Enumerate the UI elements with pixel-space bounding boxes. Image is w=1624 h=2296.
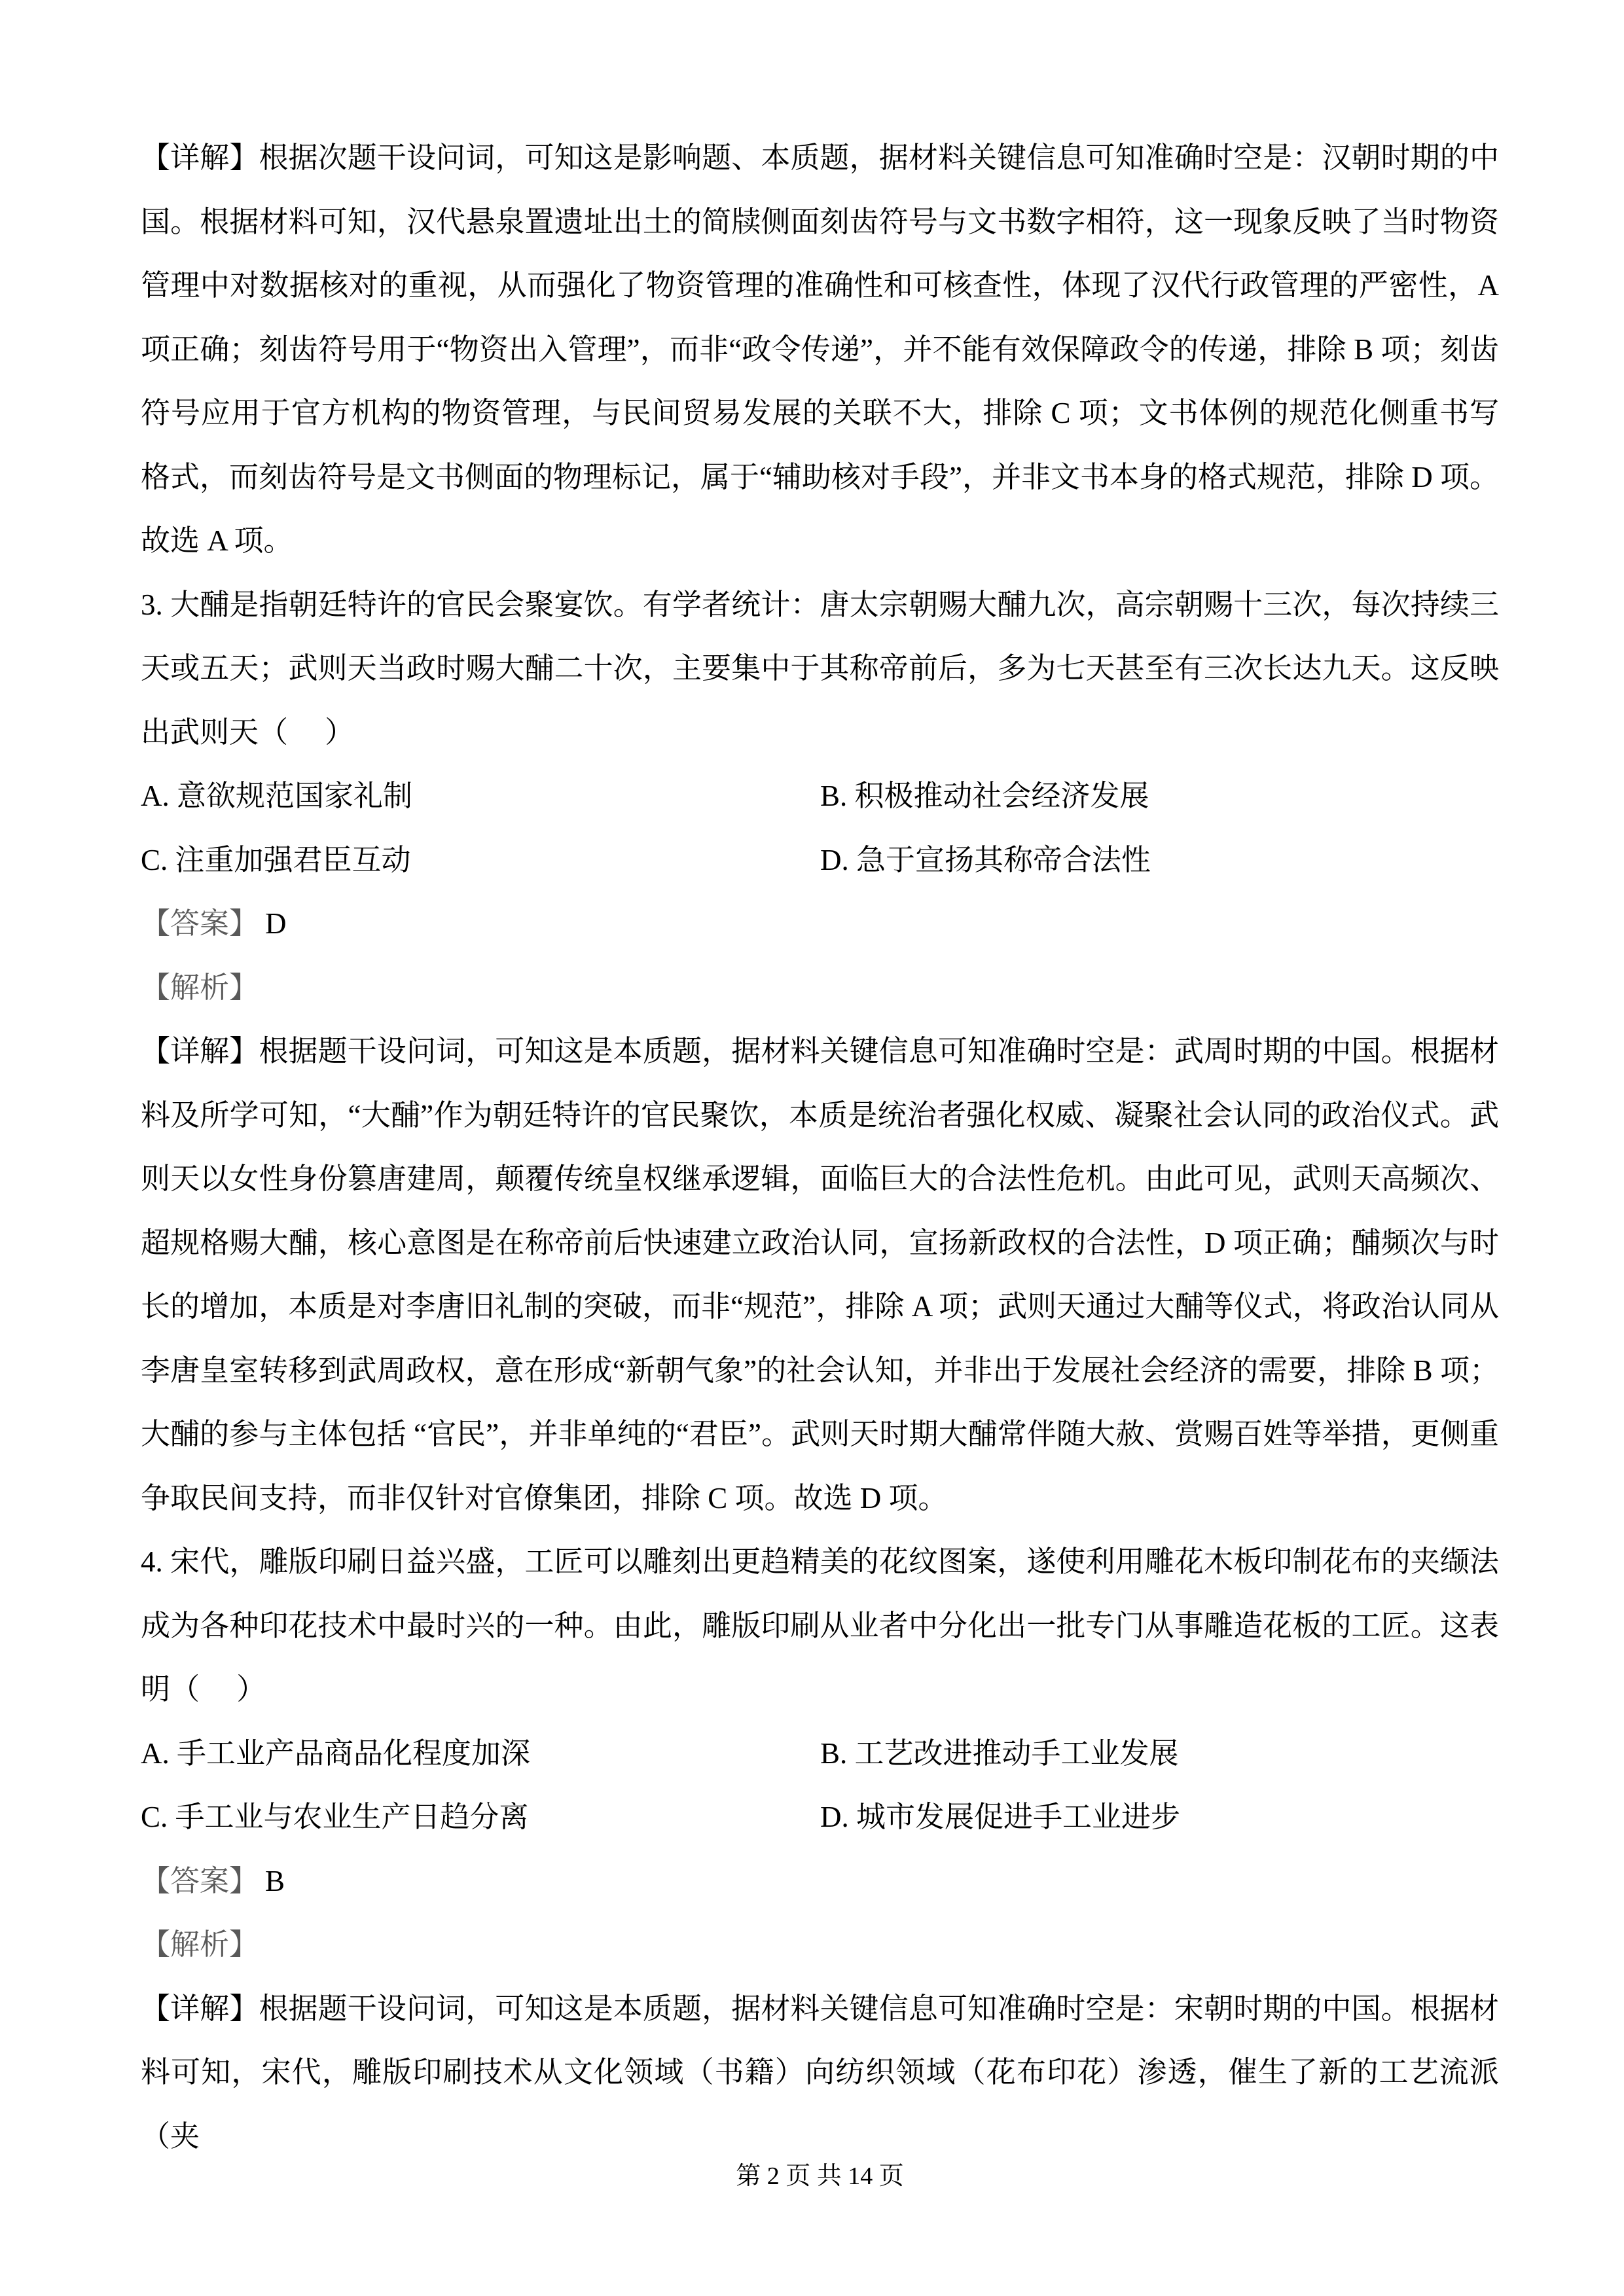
q2-detail-paragraph: 【详解】根据次题干设问词，可知这是影响题、本质题，据材料关键信息可知准确时空是：… [141, 126, 1499, 573]
q4-options-row-cd: C. 手工业与农业生产日趋分离 D. 城市发展促进手工业进步 [141, 1785, 1499, 1850]
q4-option-a: A. 手工业产品商品化程度加深 [141, 1722, 820, 1786]
q3-answer-row: 【答案】D [141, 892, 1499, 956]
q3-analysis-row: 【解析】 [141, 956, 1499, 1020]
q4-answer-value: B [265, 1865, 285, 1897]
page-footer: 第 2 页 共 14 页 [141, 2160, 1499, 2193]
page-content: 【详解】根据次题干设问词，可知这是影响题、本质题，据材料关键信息可知准确时空是：… [141, 126, 1499, 2168]
q3-option-c: C. 注重加强君臣互动 [141, 829, 820, 893]
q4-option-d: D. 城市发展促进手工业进步 [820, 1785, 1180, 1850]
q3-answer-value: D [265, 907, 287, 940]
q3-option-d: D. 急于宣扬其称帝合法性 [820, 829, 1151, 893]
q4-analysis-row: 【解析】 [141, 1913, 1499, 1977]
document-page: 【详解】根据次题干设问词，可知这是影响题、本质题，据材料关键信息可知准确时空是：… [0, 0, 1624, 2296]
q4-stem: 4. 宋代，雕版印刷日益兴盛，工匠可以雕刻出更趋精美的花纹图案，遂使利用雕花木板… [141, 1530, 1499, 1722]
q4-analysis-label: 【解析】 [141, 1928, 259, 1961]
q4-options-row-ab: A. 手工业产品商品化程度加深 B. 工艺改进推动手工业发展 [141, 1722, 1499, 1786]
q3-options-row-cd: C. 注重加强君臣互动 D. 急于宣扬其称帝合法性 [141, 829, 1499, 893]
q4-option-c: C. 手工业与农业生产日趋分离 [141, 1785, 820, 1850]
q4-option-b: B. 工艺改进推动手工业发展 [820, 1722, 1179, 1786]
q3-analysis-label: 【解析】 [141, 971, 259, 1004]
q3-option-a: A. 意欲规范国家礼制 [141, 764, 820, 829]
q3-answer-label: 【答案】 [141, 907, 259, 940]
q4-answer-label: 【答案】 [141, 1865, 259, 1897]
q4-detail-paragraph: 【详解】根据题干设问词，可知这是本质题，据材料关键信息可知准确时空是：宋朝时期的… [141, 1977, 1499, 2169]
q3-stem: 3. 大酺是指朝廷特许的官民会聚宴饮。有学者统计：唐太宗朝赐大酺九次，高宗朝赐十… [141, 573, 1499, 765]
q3-options-row-ab: A. 意欲规范国家礼制 B. 积极推动社会经济发展 [141, 764, 1499, 829]
q3-detail-paragraph: 【详解】根据题干设问词，可知这是本质题，据材料关键信息可知准确时空是：武周时期的… [141, 1020, 1499, 1530]
q3-option-b: B. 积极推动社会经济发展 [820, 764, 1149, 829]
q4-answer-row: 【答案】B [141, 1850, 1499, 1914]
